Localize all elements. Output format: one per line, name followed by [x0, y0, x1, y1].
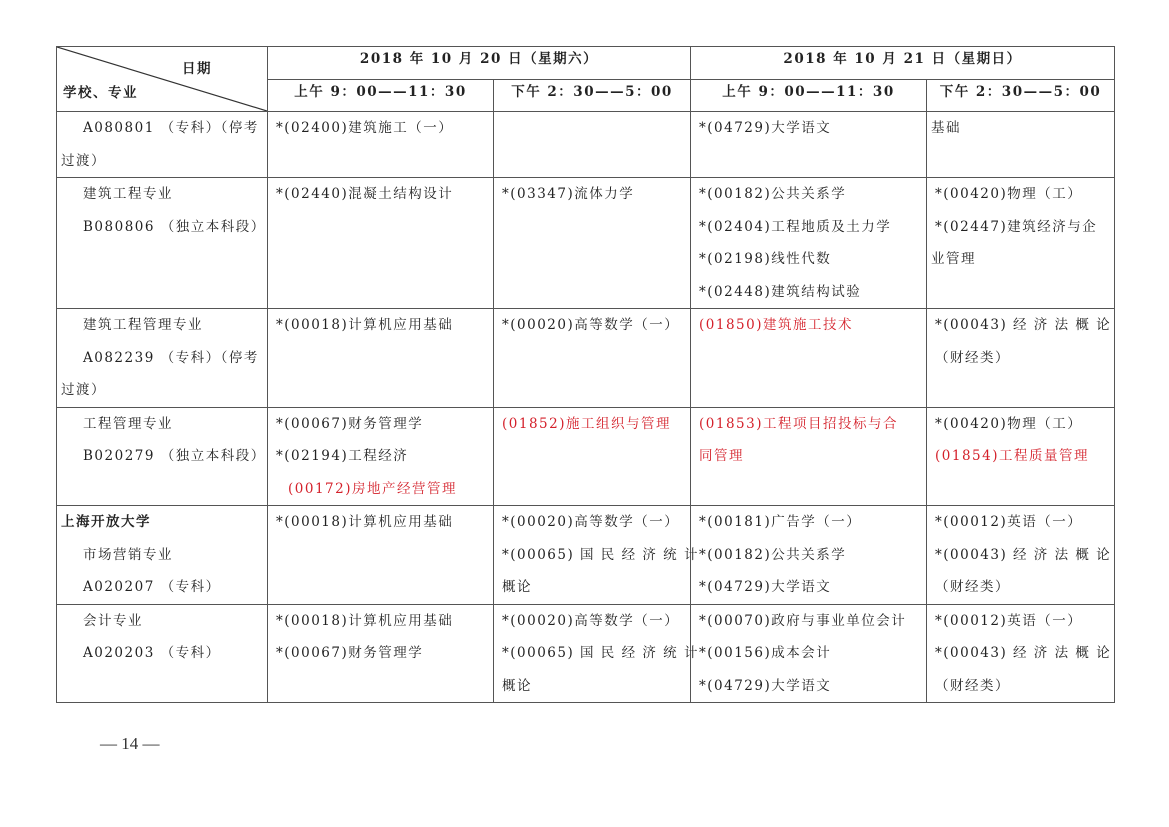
course-cell — [494, 112, 691, 178]
course-cell: *(04729)大学语文 — [691, 112, 927, 178]
major-name: 市场营销专业 — [57, 539, 267, 572]
new-course-item-cont: 同管理 — [691, 440, 926, 473]
major-name: 工程管理专业 — [57, 408, 267, 441]
course-item: *(00181)广告学（一） — [691, 506, 926, 539]
new-course-item: (01853)工程项目招投标与合 — [691, 408, 926, 441]
table-row: 建筑工程专业 B080806 （独立本科段） *(02440)混凝土结构设计 *… — [57, 178, 1115, 309]
page-number: — 14 — — [100, 734, 160, 754]
course-item: *(00070)政府与事业单位会计 — [691, 605, 926, 638]
course-cell: *(02440)混凝土结构设计 — [268, 178, 494, 309]
course-item: *(04729)大学语文 — [691, 670, 926, 703]
header-school-label: 学校、专业 — [63, 81, 138, 101]
table-row: 上海开放大学 市场营销专业 A020207 （专科） *(00018)计算机应用… — [57, 506, 1115, 605]
course-item: *(00420)物理（工） — [927, 408, 1114, 441]
diagonal-divider — [57, 47, 267, 111]
course-cell: *(00070)政府与事业单位会计 *(00156)成本会计 *(04729)大… — [691, 604, 927, 703]
table-row: 会计专业 A020203 （专科） *(00018)计算机应用基础 *(0006… — [57, 604, 1115, 703]
course-item: *(02404)工程地质及土力学 — [691, 211, 926, 244]
table-row: A080801 （专科）（停考 过渡） *(02400)建筑施工（一） *(04… — [57, 112, 1115, 178]
course-item: *(00420)物理（工） — [927, 178, 1114, 211]
course-cell: *(00012)英语（一） *(00043) 经 济 法 概 论 （财经类） — [927, 506, 1115, 605]
major-code: A082239 （专科）（停考 — [57, 342, 267, 375]
school-major-cell: 建筑工程管理专业 A082239 （专科）（停考 过渡） — [57, 309, 268, 408]
major-name: 会计专业 — [57, 605, 267, 638]
header-session-4: 下午 2：30——5：00 — [927, 79, 1115, 112]
major-code: A020203 （专科） — [57, 637, 267, 670]
course-item-cont: 概论 — [494, 571, 690, 604]
major-note: 过渡） — [57, 145, 267, 178]
school-name: 上海开放大学 — [57, 506, 267, 539]
course-item: *(02448)建筑结构试验 — [691, 276, 926, 309]
major-name: 建筑工程管理专业 — [57, 309, 267, 342]
course-cell: *(00182)公共关系学 *(02404)工程地质及土力学 *(02198)线… — [691, 178, 927, 309]
major-name: 建筑工程专业 — [57, 178, 267, 211]
course-cell: *(00018)计算机应用基础 — [268, 506, 494, 605]
school-major-cell: 上海开放大学 市场营销专业 A020207 （专科） — [57, 506, 268, 605]
course-item: *(00156)成本会计 — [691, 637, 926, 670]
course-cell: *(00420)物理（工） (01854)工程质量管理 — [927, 407, 1115, 506]
course-item: 基础 — [927, 112, 1114, 145]
header-session-2: 下午 2：30——5：00 — [494, 79, 691, 112]
course-item-cont: 概论 — [494, 670, 690, 703]
school-major-cell: 建筑工程专业 B080806 （独立本科段） — [57, 178, 268, 309]
course-item: *(02194)工程经济 — [268, 440, 493, 473]
course-cell: *(00067)财务管理学 *(02194)工程经济 (00172)房地产经营管… — [268, 407, 494, 506]
course-cell: *(03347)流体力学 — [494, 178, 691, 309]
course-item: *(00018)计算机应用基础 — [268, 506, 493, 539]
course-item: *(00043) 经 济 法 概 论 — [927, 637, 1114, 670]
course-item-cont: （财经类） — [927, 342, 1114, 375]
course-cell: (01850)建筑施工技术 — [691, 309, 927, 408]
major-code: A020207 （专科） — [57, 571, 267, 604]
course-item: *(00067)财务管理学 — [268, 637, 493, 670]
course-cell: *(00018)计算机应用基础 — [268, 309, 494, 408]
course-cell: *(00420)物理（工） *(02447)建筑经济与企 业管理 — [927, 178, 1115, 309]
header-session-3: 上午 9：00——11：30 — [691, 79, 927, 112]
course-item: *(00043) 经 济 法 概 论 — [927, 309, 1114, 342]
course-cell: *(00020)高等数学（一） — [494, 309, 691, 408]
course-cell: *(00020)高等数学（一） *(00065) 国 民 经 济 统 计 概论 — [494, 506, 691, 605]
course-item: *(00065) 国 民 经 济 统 计 — [494, 637, 690, 670]
header-date-label: 日期 — [182, 57, 212, 77]
course-cell: *(00018)计算机应用基础 *(00067)财务管理学 — [268, 604, 494, 703]
course-item: *(00020)高等数学（一） — [494, 309, 690, 342]
course-item: *(02447)建筑经济与企 — [927, 211, 1114, 244]
course-item-cont: 业管理 — [927, 243, 1114, 276]
course-cell: *(00181)广告学（一） *(00182)公共关系学 *(04729)大学语… — [691, 506, 927, 605]
course-item: *(00018)计算机应用基础 — [268, 309, 493, 342]
course-item: *(00020)高等数学（一） — [494, 506, 690, 539]
course-item: *(00018)计算机应用基础 — [268, 605, 493, 638]
course-cell: *(00020)高等数学（一） *(00065) 国 民 经 济 统 计 概论 — [494, 604, 691, 703]
course-cell: *(02400)建筑施工（一） — [268, 112, 494, 178]
course-item: *(00067)财务管理学 — [268, 408, 493, 441]
course-item: *(02440)混凝土结构设计 — [268, 178, 493, 211]
course-item: *(02198)线性代数 — [691, 243, 926, 276]
header-corner-cell: 日期 学校、专业 — [57, 47, 268, 112]
new-course-item: (00172)房地产经营管理 — [268, 473, 493, 506]
major-code: A080801 （专科）（停考 — [57, 112, 267, 145]
school-major-cell: A080801 （专科）（停考 过渡） — [57, 112, 268, 178]
course-item-cont: （财经类） — [927, 571, 1114, 604]
course-cell: *(00012)英语（一） *(00043) 经 济 法 概 论 （财经类） — [927, 604, 1115, 703]
course-cell: *(00043) 经 济 法 概 论 （财经类） — [927, 309, 1115, 408]
course-item: *(00012)英语（一） — [927, 506, 1114, 539]
course-item: *(00182)公共关系学 — [691, 178, 926, 211]
exam-schedule-table: 日期 学校、专业 2018 年 10 月 20 日（星期六） 2018 年 10… — [56, 46, 1115, 703]
course-item: *(00182)公共关系学 — [691, 539, 926, 572]
course-item: *(03347)流体力学 — [494, 178, 690, 211]
major-note: 过渡） — [57, 374, 267, 407]
table-row: 工程管理专业 B020279 （独立本科段） *(00067)财务管理学 *(0… — [57, 407, 1115, 506]
course-item: *(00020)高等数学（一） — [494, 605, 690, 638]
table-row: 建筑工程管理专业 A082239 （专科）（停考 过渡） *(00018)计算机… — [57, 309, 1115, 408]
new-course-item: (01854)工程质量管理 — [927, 440, 1114, 473]
course-item: *(00012)英语（一） — [927, 605, 1114, 638]
course-item: *(00065) 国 民 经 济 统 计 — [494, 539, 690, 572]
course-cell: (01853)工程项目招投标与合 同管理 — [691, 407, 927, 506]
header-date-2: 2018 年 10 月 21 日（星期日） — [691, 47, 1115, 80]
new-course-item: (01850)建筑施工技术 — [691, 309, 926, 342]
major-code: B020279 （独立本科段） — [57, 440, 267, 473]
course-cell: (01852)施工组织与管理 — [494, 407, 691, 506]
school-major-cell: 会计专业 A020203 （专科） — [57, 604, 268, 703]
course-item-cont: （财经类） — [927, 670, 1114, 703]
major-code: B080806 （独立本科段） — [57, 211, 267, 244]
course-item: *(04729)大学语文 — [691, 112, 926, 145]
course-cell: 基础 — [927, 112, 1115, 178]
course-item: *(00043) 经 济 法 概 论 — [927, 539, 1114, 572]
new-course-item: (01852)施工组织与管理 — [494, 408, 690, 441]
course-item: *(02400)建筑施工（一） — [268, 112, 493, 145]
school-major-cell: 工程管理专业 B020279 （独立本科段） — [57, 407, 268, 506]
header-session-1: 上午 9：00——11：30 — [268, 79, 494, 112]
header-date-1: 2018 年 10 月 20 日（星期六） — [268, 47, 691, 80]
course-item: *(04729)大学语文 — [691, 571, 926, 604]
